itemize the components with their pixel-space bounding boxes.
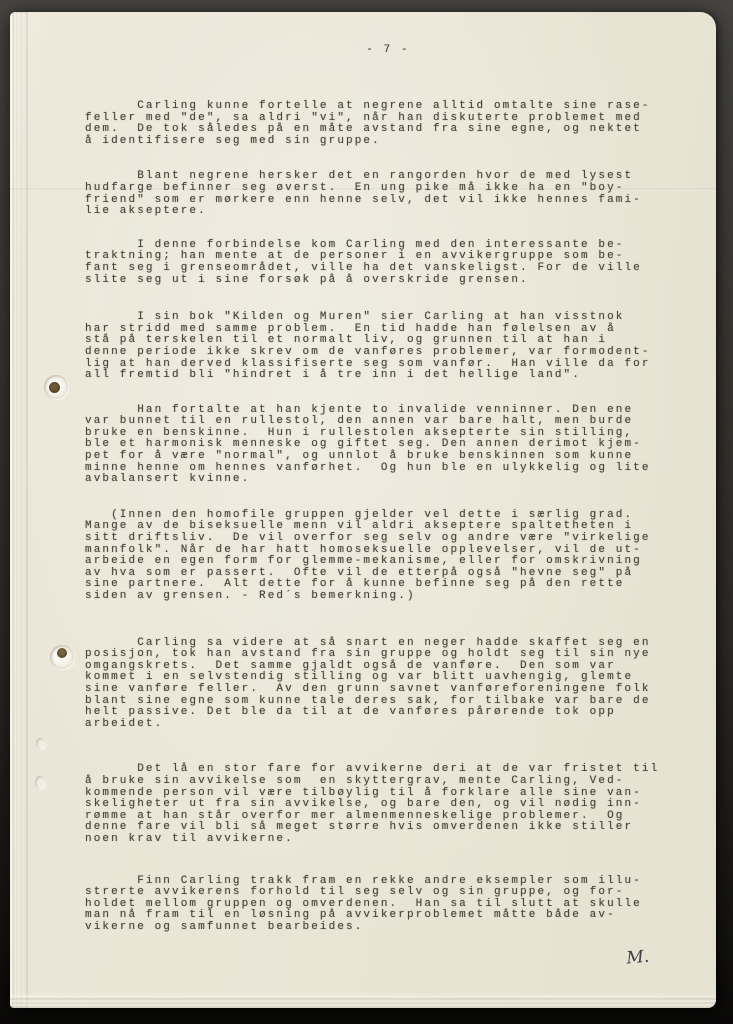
- typewritten-content: - 7 - Carling kunne fortelle at negrene …: [85, 44, 691, 963]
- paragraph-9: Finn Carling trakk fram en rekke andre e…: [85, 876, 691, 934]
- paragraph-3: I denne forbindelse kom Carling med den …: [85, 240, 691, 286]
- page-number: - 7 -: [85, 44, 691, 56]
- paragraph-5: Han fortalte at han kjente to invalide v…: [85, 405, 691, 486]
- paragraph-1: Carling kunne fortelle at negrene alltid…: [85, 101, 691, 147]
- punch-hole-core: [49, 382, 60, 393]
- paper-dent: [36, 738, 45, 749]
- paper-stack-edge-left: [10, 12, 28, 1008]
- paragraph-2: Blant negrene hersker det en rangorden h…: [85, 171, 691, 217]
- punch-hole-bottom: [50, 645, 74, 669]
- document-page: - 7 - Carling kunne fortelle at negrene …: [10, 12, 716, 1008]
- paragraph-6-editors-note: (Innen den homofile gruppen gjelder vel …: [85, 510, 691, 603]
- punch-hole-core: [57, 648, 67, 658]
- paper-dent: [35, 776, 45, 789]
- punch-hole-top: [44, 375, 68, 399]
- paragraph-7: Carling sa videre at så snart en neger h…: [85, 638, 691, 731]
- paragraph-4: I sin bok "Kilden og Muren" sier Carling…: [85, 312, 691, 382]
- paragraph-8: Det lå en stor fare for avvikerne deri a…: [85, 764, 691, 845]
